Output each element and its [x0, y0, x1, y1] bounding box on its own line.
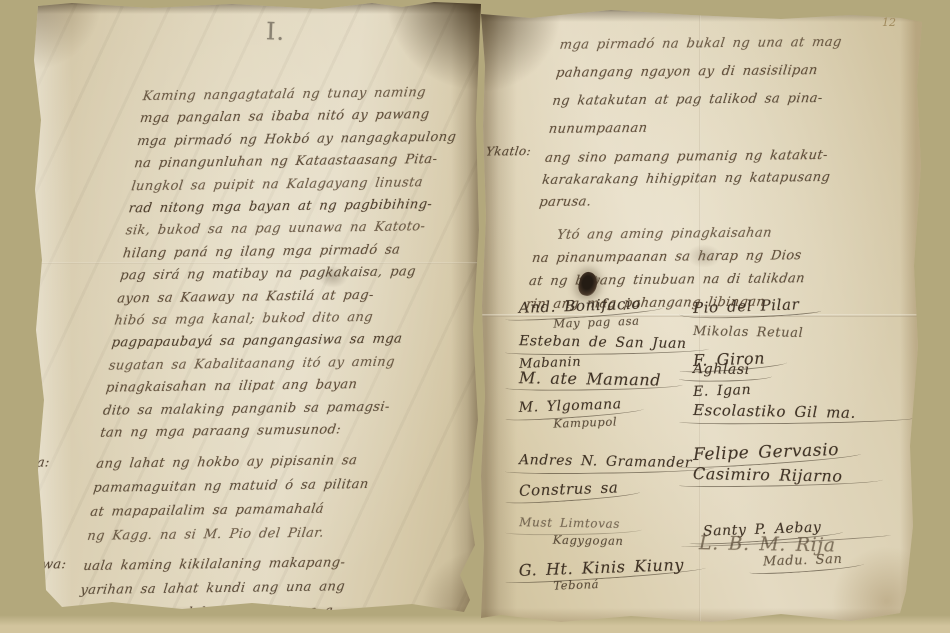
document-page-left: I. Kaming nangagtatalá ng tunay namingmg…	[32, 0, 481, 622]
signature: Pio del Pilar	[693, 292, 921, 317]
manuscript-line: parusa.	[538, 188, 907, 214]
paragraph: Kaming nangagtatalá ng tunay namingmga p…	[99, 81, 481, 445]
margin-label: Ykalawa:	[32, 557, 67, 573]
paragraph: mga pirmadó na bukal ng una at magpahang…	[547, 28, 922, 144]
margin-label: Ykatlo:	[485, 144, 532, 158]
manuscript-line: yarihan sa lahat kundi ang una ang	[79, 573, 448, 602]
signature-name: E. Igan	[693, 382, 752, 401]
signature-name: Mikolas Retual	[693, 323, 804, 342]
paragraph: Ykatlo:ang sino pamang pumanig ng kataku…	[538, 144, 913, 214]
signature-name: Casimiro Rijarno	[693, 465, 843, 485]
paragraph: Ykalawa:uala kaming kikilalaning makapan…	[76, 549, 451, 622]
paragraph: Una:ang lahat ng hokbo ay pipisanin sapa…	[86, 447, 464, 548]
signature-name: Andres N. Gramander	[519, 452, 692, 472]
signature-name: Madu. San	[763, 551, 843, 571]
manuscript-line: ng katakutan at pag talikod sa pina-	[551, 84, 921, 116]
signature-name: And. Bonifacio	[518, 296, 641, 317]
signature-name: Construs sa	[519, 479, 619, 499]
signature-name: Pio del Pilar	[693, 296, 800, 317]
signature: Mikolas Retual	[693, 323, 921, 344]
margin-label: Una:	[32, 455, 51, 470]
manuscript-line: mga pirmadó ng Hokbó ay nangagkapulong	[136, 126, 481, 154]
manuscript-line: karakarakang hihigpitan ng katapusang	[541, 166, 910, 192]
signature: Escolastiko Gil ma.	[693, 402, 921, 423]
manuscript-line: mga pirmadó na bukal ng una at mag	[558, 28, 922, 60]
page-number: 12	[882, 16, 896, 29]
manuscript-line: pamamaguitan ng matuid ó sa pilitan	[92, 471, 461, 500]
signature: Felipe Gervasio	[693, 439, 921, 464]
signature-name: M. Ylgomana	[518, 396, 621, 417]
ink-smudge	[687, 244, 721, 268]
signature-column-right: Pio del PilarMikolas RetualF. GironAghla…	[693, 296, 921, 569]
manuscript-line: nunumpaanan	[547, 112, 917, 144]
manuscript-line: ng Kagg. na si M. Pio del Pilar.	[86, 519, 455, 548]
manuscript-line: Kaming nangagtatalá ng tunay naming	[141, 81, 481, 109]
manuscript-line: pahangang ngayon ay di nasisilipan	[554, 56, 922, 88]
manuscript-photo: I. Kaming nangagtatalá ng tunay namingmg…	[0, 0, 950, 633]
manuscript-body-left: Kaming nangagtatalá ng tunay namingmga p…	[76, 81, 481, 622]
table-surface-highlight	[0, 615, 950, 633]
signature-name: M. ate Mamand	[519, 369, 661, 388]
signature-name: Must Limtovas	[519, 514, 620, 533]
signature-name: Escolastiko Gil ma.	[693, 402, 856, 422]
manuscript-line: Ytó ang aming pinagkaisahan	[534, 220, 903, 247]
signature-name: Aghlasi	[693, 361, 750, 379]
signature-name: Felipe Gervasio	[693, 442, 840, 464]
signature: Casimiro Rijarno	[693, 465, 921, 486]
document-page-right: 12 mga pirmadó na bukal ng una at magpah…	[481, 6, 922, 626]
page-numeral: I.	[266, 17, 307, 46]
